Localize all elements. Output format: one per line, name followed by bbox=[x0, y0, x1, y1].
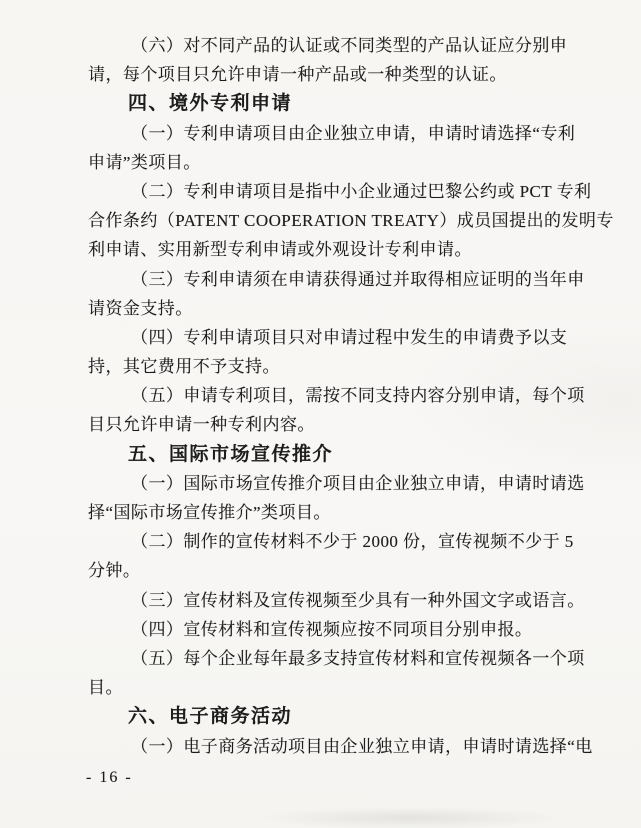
text-line: （二）专利申请项目是指中小企业通过巴黎公约或 PCT 专利 bbox=[88, 177, 568, 206]
section-heading: 六、电子商务活动 bbox=[88, 702, 568, 731]
paragraph: （三）宣传材料及宣传视频至少具有一种外国文字或语言。 bbox=[88, 586, 568, 615]
document-body: （六）对不同产品的认证或不同类型的产品认证应分别申请，每个项目只允许申请一种产品… bbox=[88, 31, 568, 761]
paragraph: （一）电子商务活动项目由企业独立申请，申请时请选择“电 bbox=[88, 732, 568, 761]
text-line: 利申请、实用新型专利申请或外观设计专利申请。 bbox=[88, 235, 568, 264]
text-line: （三）专利申请须在申请获得通过并取得相应证明的当年申 bbox=[88, 265, 568, 294]
text-line: 分钟。 bbox=[88, 556, 568, 585]
text-line: 六、电子商务活动 bbox=[88, 702, 568, 731]
document-page: （六）对不同产品的认证或不同类型的产品认证应分别申请，每个项目只允许申请一种产品… bbox=[0, 0, 641, 828]
paragraph: （一）专利申请项目由企业独立申请，申请时请选择“专利申请”类项目。 bbox=[88, 119, 568, 177]
text-line: （一）国际市场宣传推介项目由企业独立申请，申请时请选 bbox=[88, 469, 568, 498]
paragraph: （四）宣传材料和宣传视频应按不同项目分别申报。 bbox=[88, 615, 568, 644]
text-line: （四）宣传材料和宣传视频应按不同项目分别申报。 bbox=[88, 615, 568, 644]
paragraph: （四）专利申请项目只对申请过程中发生的申请费予以支持，其它费用不予支持。 bbox=[88, 323, 568, 381]
paragraph: （六）对不同产品的认证或不同类型的产品认证应分别申请，每个项目只允许申请一种产品… bbox=[88, 31, 568, 89]
text-line: 申请”类项目。 bbox=[88, 148, 568, 177]
text-line: （六）对不同产品的认证或不同类型的产品认证应分别申 bbox=[88, 31, 568, 60]
text-line: 五、国际市场宣传推介 bbox=[88, 440, 568, 469]
text-line: 择“国际市场宣传推介”类项目。 bbox=[88, 498, 568, 527]
text-line: （四）专利申请项目只对申请过程中发生的申请费予以支 bbox=[88, 323, 568, 352]
section-heading: 五、国际市场宣传推介 bbox=[88, 440, 568, 469]
paragraph: （二）专利申请项目是指中小企业通过巴黎公约或 PCT 专利合作条约（PATENT… bbox=[88, 177, 568, 265]
paragraph: （三）专利申请须在申请获得通过并取得相应证明的当年申请资金支持。 bbox=[88, 265, 568, 323]
text-line: 目只允许申请一种专利内容。 bbox=[88, 410, 568, 439]
paragraph: （二）制作的宣传材料不少于 2000 份，宣传视频不少于 5分钟。 bbox=[88, 527, 568, 585]
text-line: 请，每个项目只允许申请一种产品或一种类型的认证。 bbox=[88, 60, 568, 89]
paragraph: （五）申请专利项目，需按不同支持内容分别申请，每个项目只允许申请一种专利内容。 bbox=[88, 381, 568, 439]
text-line: （三）宣传材料及宣传视频至少具有一种外国文字或语言。 bbox=[88, 586, 568, 615]
text-line: （五）每个企业每年最多支持宣传材料和宣传视频各一个项 bbox=[88, 644, 568, 673]
text-line: （一）专利申请项目由企业独立申请，申请时请选择“专利 bbox=[88, 119, 568, 148]
text-line: 请资金支持。 bbox=[88, 294, 568, 323]
text-line: （一）电子商务活动项目由企业独立申请，申请时请选择“电 bbox=[88, 732, 568, 761]
paragraph: （一）国际市场宣传推介项目由企业独立申请，申请时请选择“国际市场宣传推介”类项目… bbox=[88, 469, 568, 527]
text-line: 持，其它费用不予支持。 bbox=[88, 352, 568, 381]
page-number: - 16 - bbox=[86, 763, 133, 792]
text-line: 合作条约（PATENT COOPERATION TREATY）成员国提出的发明专 bbox=[88, 206, 568, 235]
text-line: （二）制作的宣传材料不少于 2000 份，宣传视频不少于 5 bbox=[88, 527, 568, 556]
text-line: 目。 bbox=[88, 673, 568, 702]
text-line: 四、境外专利申请 bbox=[88, 89, 568, 118]
text-line: （五）申请专利项目，需按不同支持内容分别申请，每个项 bbox=[88, 381, 568, 410]
section-heading: 四、境外专利申请 bbox=[88, 89, 568, 118]
paragraph: （五）每个企业每年最多支持宣传材料和宣传视频各一个项目。 bbox=[88, 644, 568, 702]
